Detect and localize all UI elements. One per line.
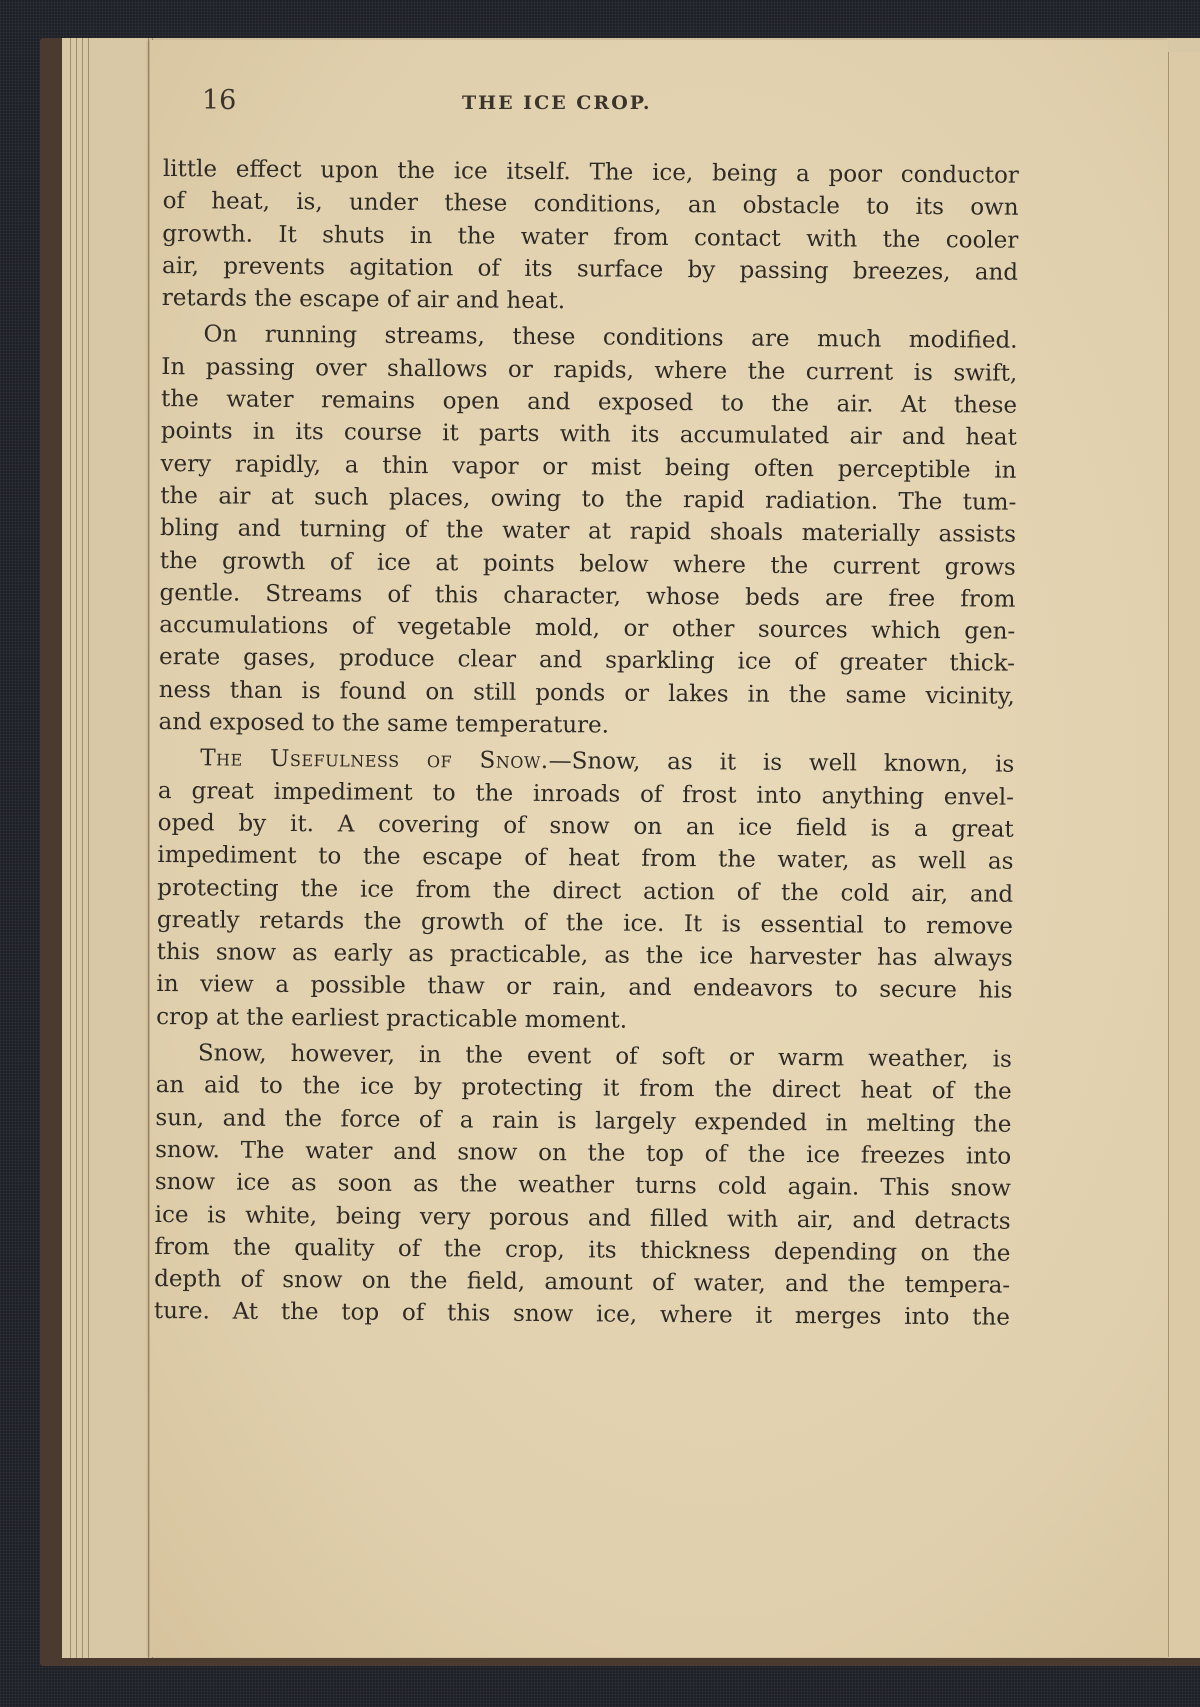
running-title: THE ICE CROP. [462, 92, 652, 114]
paragraph: little effect upon the ice itself. The i… [162, 153, 1019, 321]
paragraph: Snow, however, in the event of soft or w… [154, 1037, 1012, 1334]
page-header: 16 THE ICE CROP. [202, 85, 982, 125]
text-run: —Snow, as it is well known, is [549, 748, 1015, 778]
page-edge-line [148, 38, 149, 1658]
body-text: little effect upon the ice itself. The i… [154, 153, 1019, 1334]
paragraph: On running streams, these conditions are… [158, 318, 1017, 745]
page-edge-line [76, 38, 77, 1658]
page-edge-line [88, 38, 89, 1658]
text-line: ture. At the top of this snow ice, where… [154, 1295, 1010, 1334]
page-edge-line [70, 38, 71, 1658]
section-heading: The Usefulness of Snow. [200, 746, 549, 775]
page-edge-line [82, 38, 83, 1658]
text-line: crop at the earliest practicable moment. [156, 1001, 1012, 1040]
facing-page-edge [1168, 52, 1200, 1657]
paragraph: The Usefulness of Snow.—Snow, as it is w… [156, 742, 1014, 1039]
page-number: 16 [202, 85, 236, 116]
